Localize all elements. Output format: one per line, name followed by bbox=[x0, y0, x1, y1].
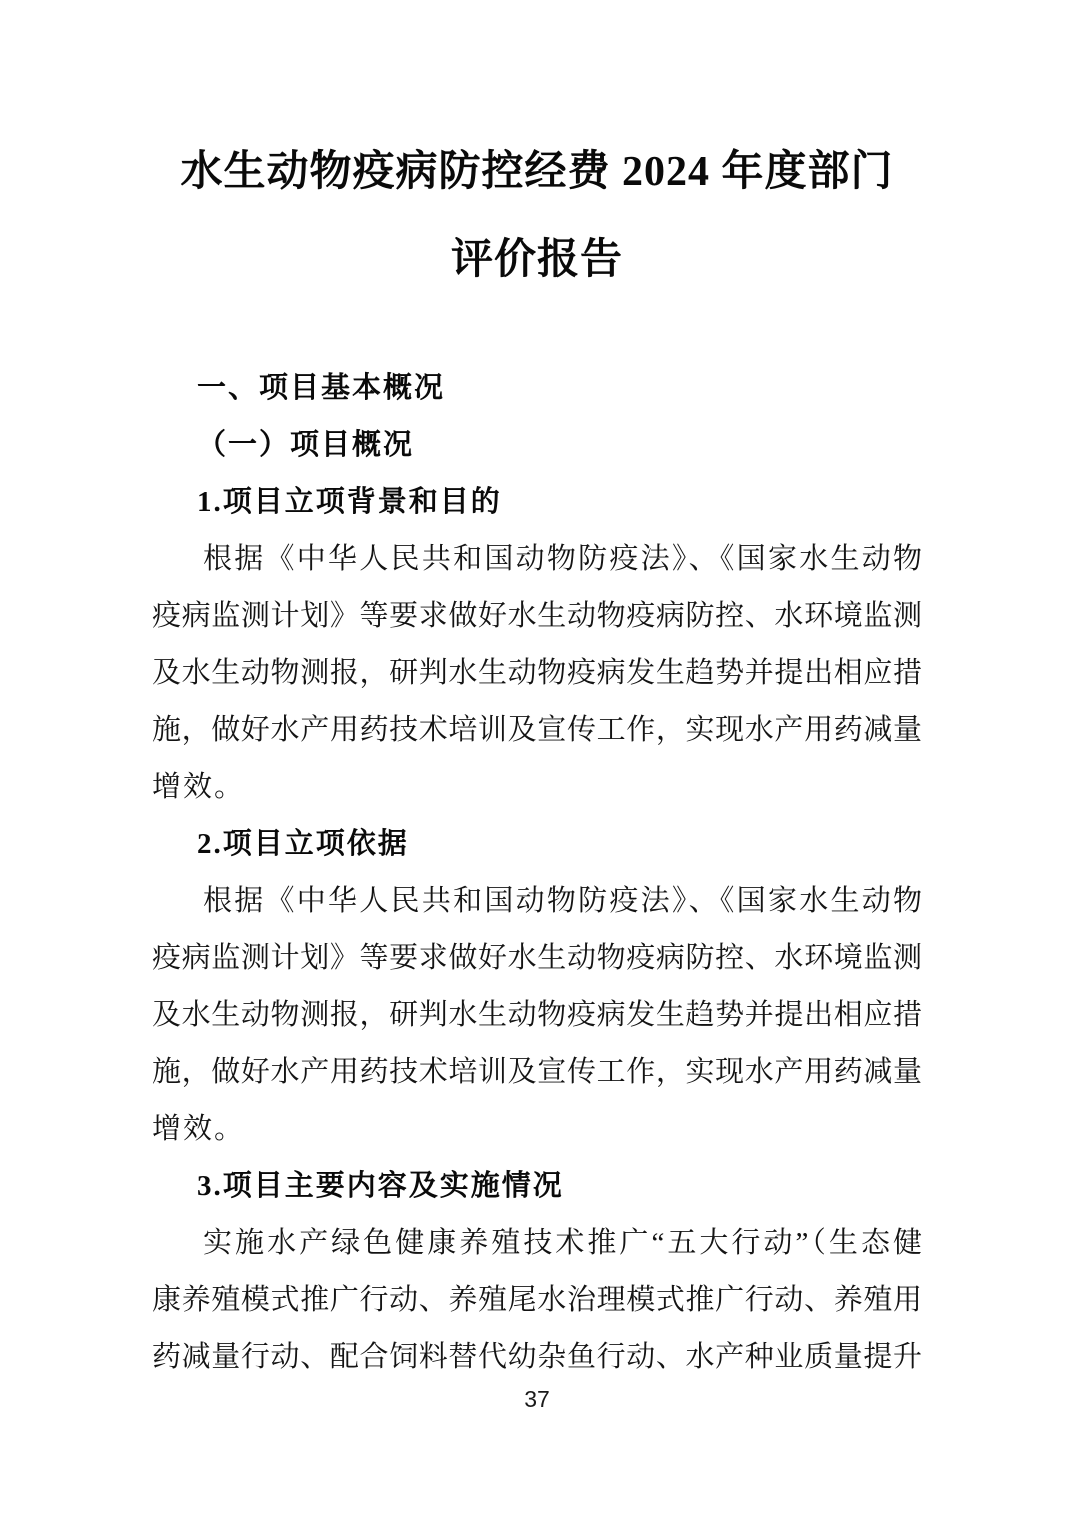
paragraph-line: 施，做好水产用药技术培训及宣传工作，实现水产用药减量 bbox=[152, 1044, 922, 1101]
paragraph-line: 增效。 bbox=[152, 1101, 922, 1158]
item-1-heading: 1.项目立项背景和目的 bbox=[152, 474, 922, 531]
paragraph-line: 增效。 bbox=[152, 759, 922, 816]
document-page: 水生动物疫病防控经费 2024 年度部门 评价报告 一、项目基本概况 （一）项目… bbox=[0, 0, 1074, 1520]
section-heading: 一、项目基本概况 bbox=[152, 360, 922, 417]
item-3-heading: 3.项目主要内容及实施情况 bbox=[152, 1158, 922, 1215]
paragraph-line: 实施水产绿色健康养殖技术推广“五大行动”（生态健 bbox=[152, 1215, 922, 1272]
item-2-heading: 2.项目立项依据 bbox=[152, 816, 922, 873]
paragraph-line: 疫病监测计划》等要求做好水生动物疫病防控、水环境监测 bbox=[152, 930, 922, 987]
paragraph-3: 实施水产绿色健康养殖技术推广“五大行动”（生态健 康养殖模式推广行动、养殖尾水治… bbox=[152, 1215, 922, 1386]
subsection-heading: （一）项目概况 bbox=[152, 417, 922, 474]
paragraph-line: 及水生动物测报，研判水生动物疫病发生趋势并提出相应措 bbox=[152, 987, 922, 1044]
paragraph-2: 根据《中华人民共和国动物防疫法》、《国家水生动物 疫病监测计划》等要求做好水生动… bbox=[152, 873, 922, 1158]
document-title: 水生动物疫病防控经费 2024 年度部门 评价报告 bbox=[0, 0, 1074, 304]
page-number: 37 bbox=[0, 1386, 1074, 1413]
paragraph-line: 根据《中华人民共和国动物防疫法》、《国家水生动物 bbox=[152, 531, 922, 588]
title-line-2: 评价报告 bbox=[0, 216, 1074, 304]
paragraph-1: 根据《中华人民共和国动物防疫法》、《国家水生动物 疫病监测计划》等要求做好水生动… bbox=[152, 531, 922, 816]
document-body: 一、项目基本概况 （一）项目概况 1.项目立项背景和目的 根据《中华人民共和国动… bbox=[152, 360, 922, 1386]
paragraph-line: 根据《中华人民共和国动物防疫法》、《国家水生动物 bbox=[152, 873, 922, 930]
paragraph-line: 康养殖模式推广行动、养殖尾水治理模式推广行动、养殖用 bbox=[152, 1272, 922, 1329]
paragraph-line: 疫病监测计划》等要求做好水生动物疫病防控、水环境监测 bbox=[152, 588, 922, 645]
title-line-1: 水生动物疫病防控经费 2024 年度部门 bbox=[0, 128, 1074, 216]
paragraph-line: 药减量行动、配合饲料替代幼杂鱼行动、水产种业质量提升 bbox=[152, 1329, 922, 1386]
paragraph-line: 及水生动物测报，研判水生动物疫病发生趋势并提出相应措 bbox=[152, 645, 922, 702]
paragraph-line: 施，做好水产用药技术培训及宣传工作，实现水产用药减量 bbox=[152, 702, 922, 759]
